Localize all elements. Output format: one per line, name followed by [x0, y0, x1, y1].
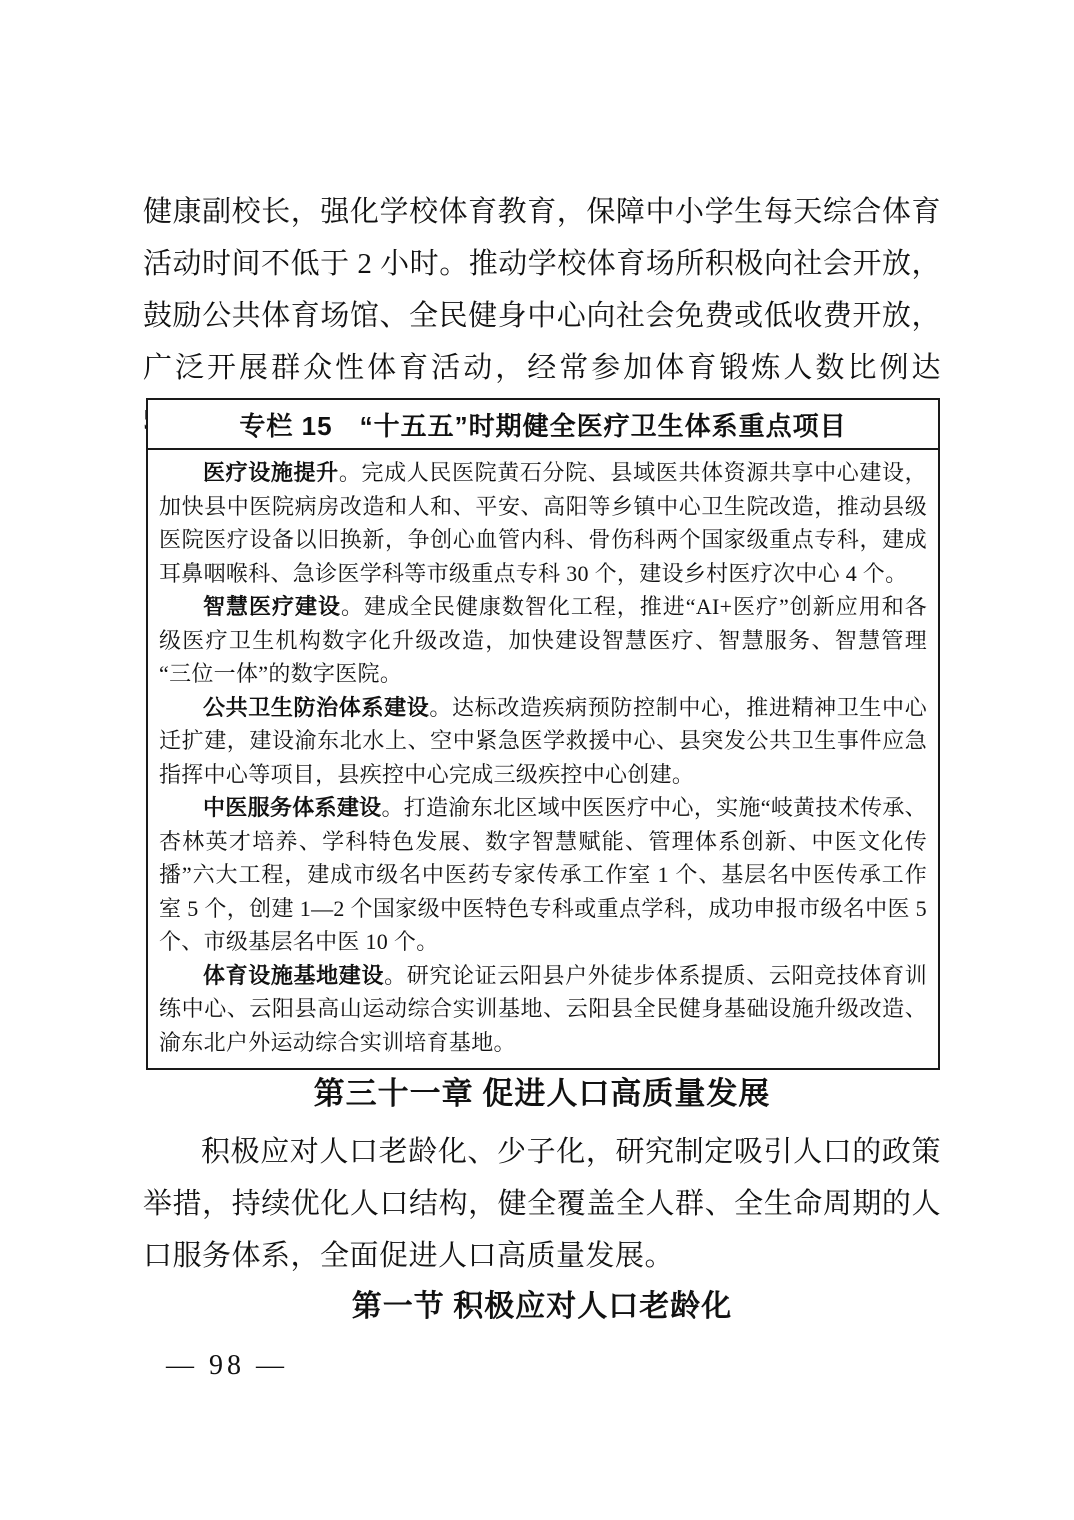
- box-paragraph-tcm-service: 中医服务体系建设。打造渝东北区域中医医疗中心，实施“岐黄技术传承、杏林英才培养、…: [159, 791, 927, 959]
- box-paragraph-sports-facilities: 体育设施基地建设。研究论证云阳县户外徒步体系提质、云阳竞技体育训练中心、云阳县高…: [159, 959, 927, 1060]
- highlight-box-column-15: 专栏 15 “十五五”时期健全医疗卫生体系重点项目 医疗设施提升。完成人民医院黄…: [146, 398, 940, 1070]
- section-heading: 第一节 积极应对人口老龄化: [143, 1281, 941, 1325]
- page-number: — 98 —: [166, 1350, 288, 1382]
- highlight-box-title: 专栏 15 “十五五”时期健全医疗卫生体系重点项目: [148, 400, 938, 450]
- highlight-box-body: 医疗设施提升。完成人民医院黄石分院、县域医共体资源共享中心建设，加快县中医院病房…: [148, 450, 938, 1068]
- box-paragraph-smart-healthcare: 智慧医疗建设。建成全民健康数智化工程，推进“AI+医疗”创新应用和各级医疗卫生机…: [159, 590, 927, 691]
- paragraph-lead: 智慧医疗建设: [203, 594, 341, 619]
- paragraph-lead: 体育设施基地建设: [203, 963, 384, 988]
- chapter-heading: 第三十一章 促进人口高质量发展: [143, 1068, 941, 1113]
- document-page: 健康副校长，强化学校体育教育，保障中小学生每天综合体育活动时间不低于 2 小时。…: [0, 0, 1074, 1520]
- paragraph-lead: 公共卫生防治体系建设: [203, 695, 429, 720]
- box-paragraph-medical-facilities: 医疗设施提升。完成人民医院黄石分院、县域医共体资源共享中心建设，加快县中医院病房…: [159, 456, 927, 590]
- paragraph-lead: 医疗设施提升: [203, 460, 339, 485]
- box-paragraph-public-health: 公共卫生防治体系建设。达标改造疾病预防控制中心，推进精神卫生中心迁扩建，建设渝东…: [159, 691, 927, 792]
- chapter-body-paragraph: 积极应对人口老龄化、少子化，研究制定吸引人口的政策举措，持续优化人口结构，健全覆…: [143, 1126, 941, 1282]
- paragraph-lead: 中医服务体系建设: [203, 795, 381, 820]
